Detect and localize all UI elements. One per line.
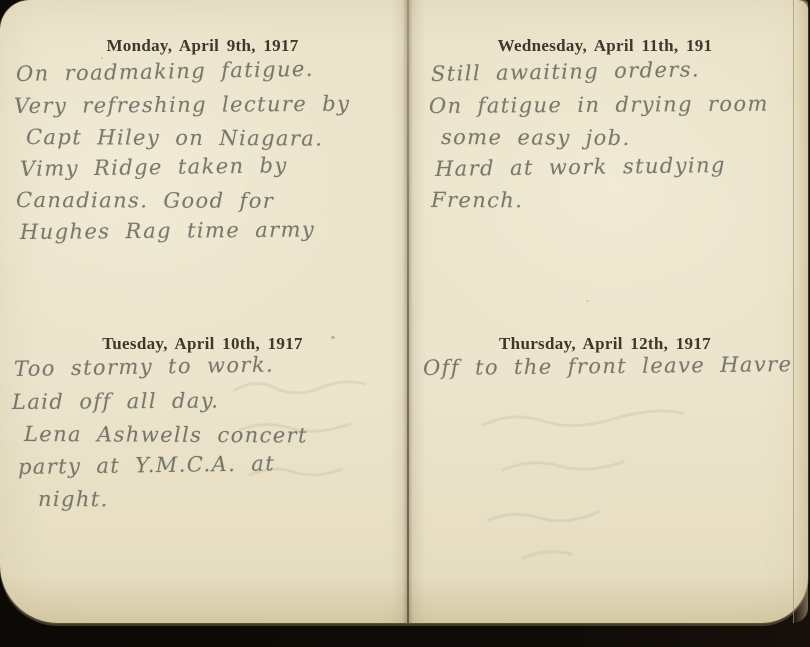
diary-line: Canadians. Good for [16,185,350,218]
diary-entry-monday: On roadmaking fatigue. Very refreshing l… [14,59,350,248]
diary-entry-tuesday: Too stormy to work. Laid off all day. Le… [12,353,308,516]
diary-line: Off to the front leave Havre [423,349,793,384]
diary-line: On fatigue in drying room [429,88,769,122]
diary-entry-thursday: Off to the front leave Havre [421,353,792,385]
right-page: Wednesday, April 11th, 191 Still awaitin… [413,0,797,623]
open-diary-book: Monday, April 9th, 1917 On roadmaking fa… [0,0,808,623]
diary-scan-photo: Monday, April 9th, 1917 On roadmaking fa… [0,0,810,647]
diary-line: Vimy Ridge taken by [20,149,351,185]
diary-line: Hard at work studying [435,149,769,185]
diary-entry-wednesday: Still awaiting orders. On fatigue in dry… [429,59,769,217]
ink-bleed-through-marks [473,400,733,570]
diary-line: party at Y.M.C.A. at [18,446,308,483]
diary-line: Very refreshing lecture by [14,88,351,122]
diary-line: Hughes Rag time army [20,214,351,248]
left-page: Monday, April 9th, 1917 On roadmaking fa… [0,0,405,623]
diary-line: Still awaiting orders. [431,53,769,90]
diary-line: night. [38,483,308,516]
diary-line: French. [431,185,769,218]
diary-line: Too stormy to work. [14,348,308,386]
diary-line: On roadmaking fatigue. [16,53,351,90]
diary-line: Laid off all day. [12,383,308,418]
